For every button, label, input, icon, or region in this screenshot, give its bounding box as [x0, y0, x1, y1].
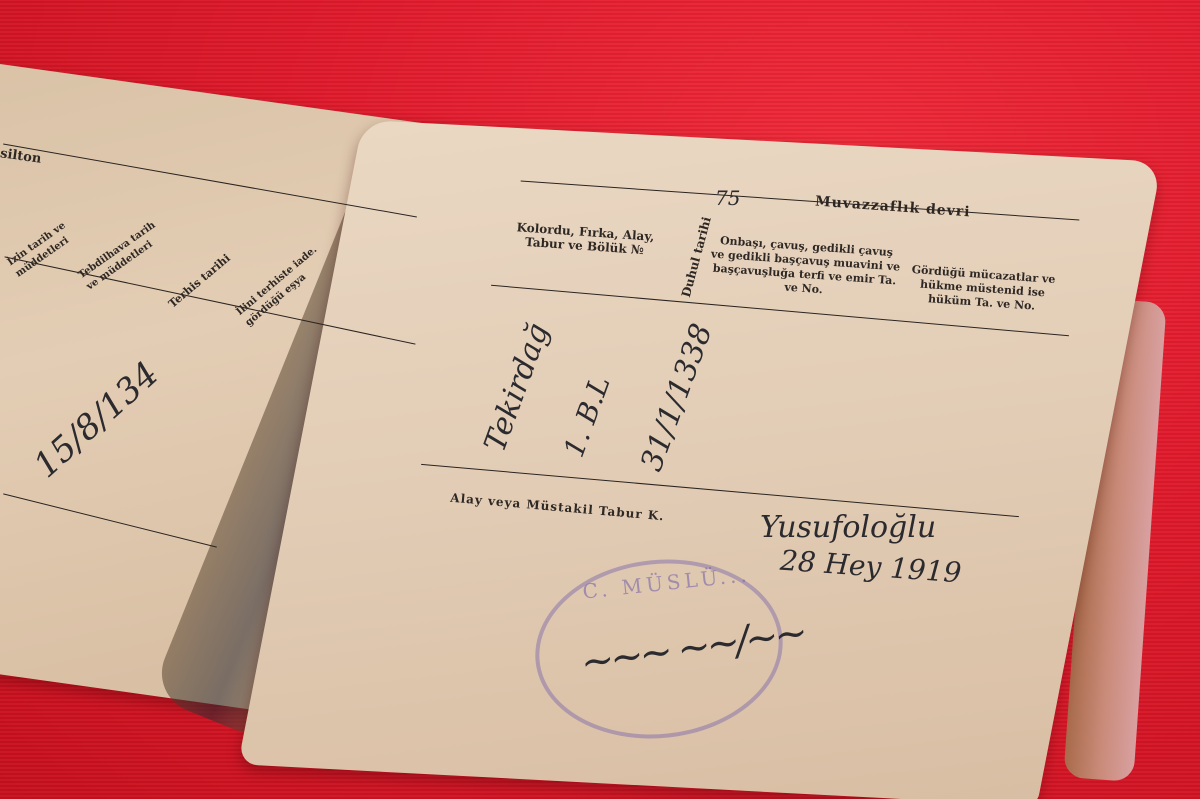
handwritten-signature-top: Yusufoloğlu	[760, 510, 936, 545]
top-handwriting: 75	[715, 186, 740, 210]
